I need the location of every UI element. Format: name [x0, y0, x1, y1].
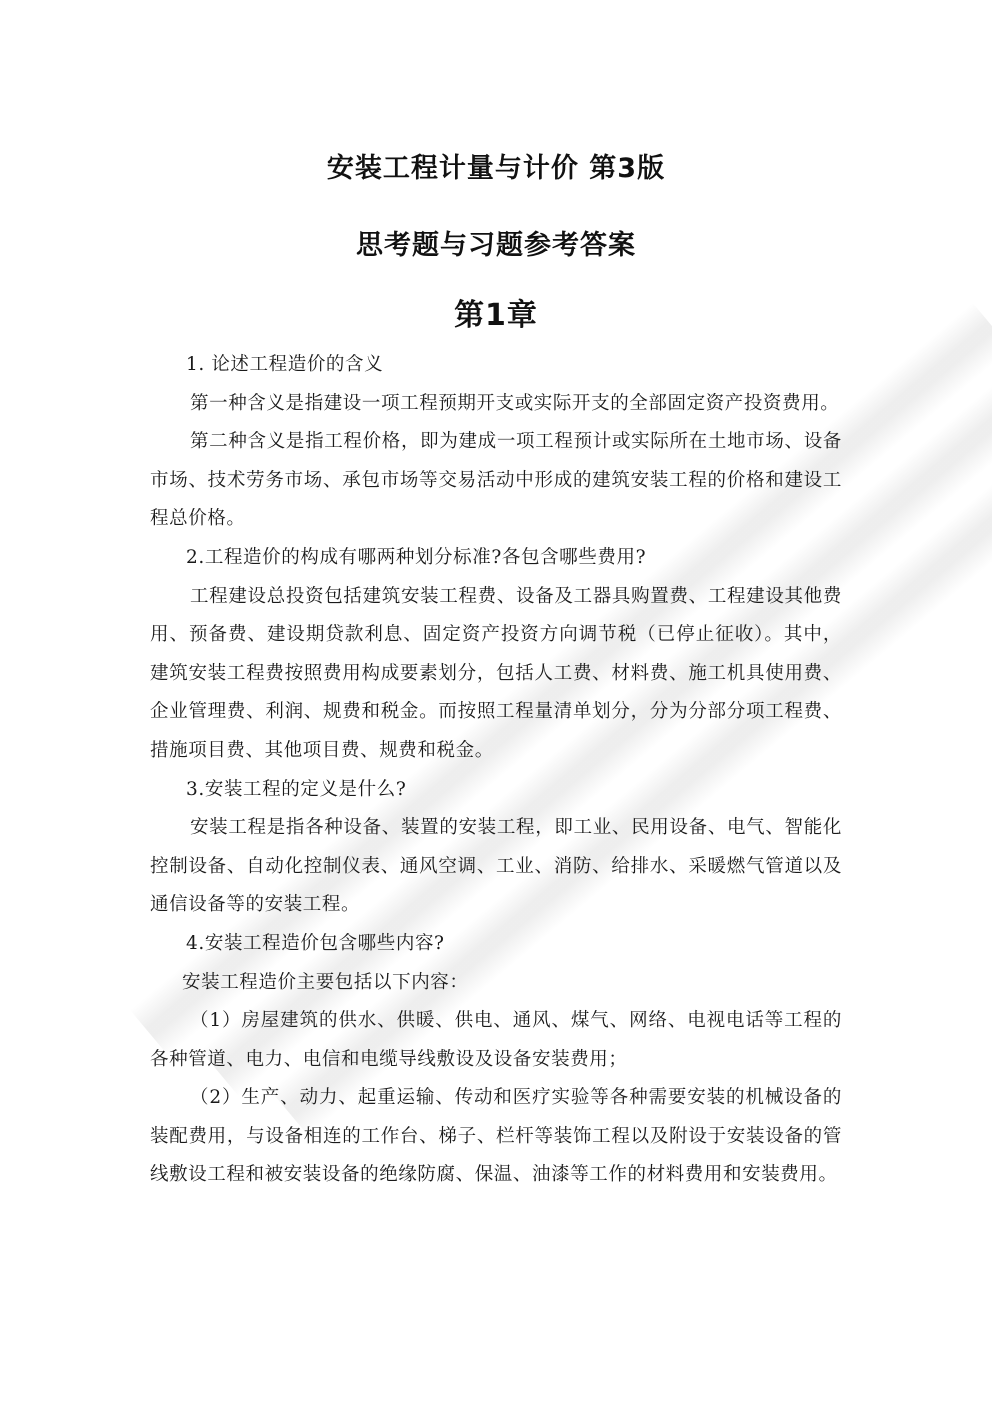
answer-3-para-1: 安装工程是指各种设备、装置的安装工程，即工业、民用设备、电气、智能化控制设备、自…	[150, 809, 842, 925]
answer-4-item-2: （2）生产、动力、起重运输、传动和医疗实验等各种需要安装的机械设备的装配费用，与…	[150, 1079, 842, 1195]
document-body: 1. 论述工程造价的含义 第一种含义是指建设一项工程预期开支或实际开支的全部固定…	[150, 346, 842, 1195]
chapter-heading: 第1章	[0, 290, 992, 334]
question-2: 2.工程造价的构成有哪两种划分标准?各包含哪些费用?	[150, 539, 842, 578]
answer-2-para-1: 工程建设总投资包括建筑安装工程费、设备及工器具购置费、工程建设其他费用、预备费、…	[150, 578, 842, 771]
document-title: 安装工程计量与计价 第3版	[0, 146, 992, 185]
answer-4-item-1: （1）房屋建筑的供水、供暖、供电、通风、煤气、网络、电视电话等工程的各种管道、电…	[150, 1002, 842, 1079]
question-3: 3.安装工程的定义是什么?	[150, 771, 842, 810]
document-subtitle: 思考题与习题参考答案	[0, 223, 992, 262]
answer-1-para-2: 第二种含义是指工程价格，即为建成一项工程预计或实际所在土地市场、设备市场、技术劳…	[150, 423, 842, 539]
answer-1-para-1: 第一种含义是指建设一项工程预期开支或实际开支的全部固定资产投资费用。	[150, 385, 842, 424]
answer-4-intro: 安装工程造价主要包括以下内容：	[150, 964, 842, 1003]
question-1: 1. 论述工程造价的含义	[150, 346, 842, 385]
question-4: 4.安装工程造价包含哪些内容?	[150, 925, 842, 964]
